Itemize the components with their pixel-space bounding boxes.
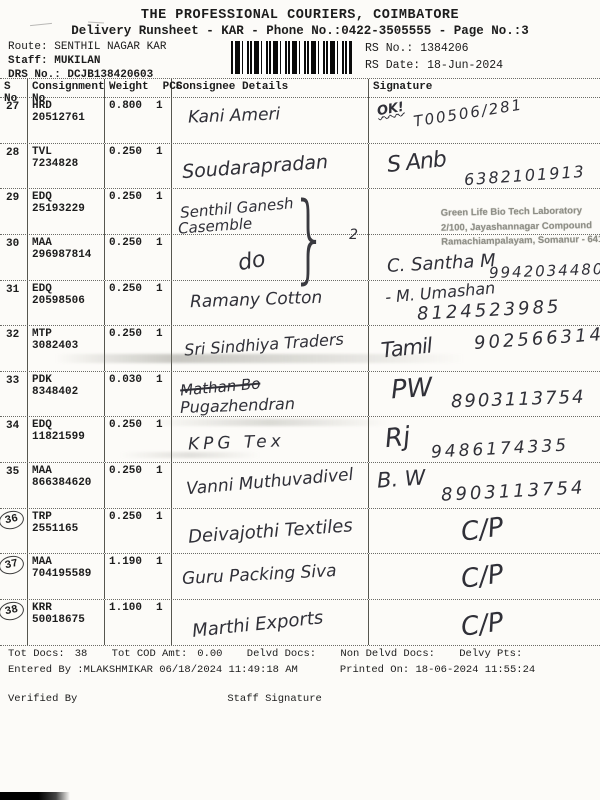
table-row: 35 MAA 866384620 0.2501 Vanni Muthuvadiv… bbox=[0, 463, 600, 509]
table-row: 36 TRP 2551165 0.2501 Deivajothi Textile… bbox=[0, 509, 600, 555]
brace-mark: } bbox=[291, 195, 328, 281]
consignment-no: HRD 20512761 bbox=[28, 98, 105, 143]
weight: 0.250 bbox=[109, 328, 142, 340]
serial-no-circled: 36 bbox=[0, 508, 26, 531]
weight: 1.100 bbox=[109, 602, 142, 614]
pcs: 1 bbox=[156, 511, 163, 523]
serial-no: 34 bbox=[4, 419, 21, 433]
signature-handwriting: C/P bbox=[459, 607, 505, 643]
rs-date-line: RS Date: 18-Jun-2024 bbox=[365, 58, 503, 75]
staff-signature-label: Staff Signature bbox=[227, 693, 322, 707]
pcs: 1 bbox=[156, 237, 163, 249]
pcs: 1 bbox=[156, 191, 163, 203]
consignment-no: TVL 7234828 bbox=[28, 144, 105, 189]
table-row: 38 KRR 50018675 1.1001 Marthi Exports C/… bbox=[0, 600, 600, 646]
consignment-no: MTP 3082403 bbox=[28, 326, 105, 371]
header-left-block: Route: SENTHIL NAGAR KAR Staff: MUKILAN … bbox=[8, 41, 166, 82]
brace-count: 2 bbox=[349, 227, 358, 243]
pcs: 1 bbox=[156, 374, 163, 386]
signature-handwriting: C/P bbox=[459, 512, 505, 548]
consignee-handwriting: Vanni Muthuvadivel bbox=[185, 465, 354, 500]
signature-phone: T00506/281 bbox=[412, 95, 524, 130]
serial-no: 35 bbox=[4, 465, 21, 479]
pcs: 1 bbox=[156, 556, 163, 568]
verified-by-label: Verified By bbox=[8, 693, 77, 707]
entered-printed-line: Entered By :MLAKSHMIKAR 06/18/2024 11:49… bbox=[8, 664, 594, 678]
serial-no: 29 bbox=[4, 191, 21, 205]
weight: 0.250 bbox=[109, 419, 142, 431]
consignment-no: EDQ 25193229 bbox=[28, 189, 105, 235]
signature-phone: 9486174335 bbox=[431, 436, 570, 463]
consignment-no: EDQ 20598506 bbox=[28, 281, 105, 326]
consignment-no: KRR 50018675 bbox=[28, 600, 105, 645]
weight: 0.250 bbox=[109, 191, 142, 203]
signature-phone: 8903113754 bbox=[441, 477, 586, 506]
serial-no: 32 bbox=[4, 328, 21, 342]
signature-handwriting: OK! bbox=[376, 100, 405, 119]
weight: 1.190 bbox=[109, 556, 142, 568]
serial-no: 31 bbox=[4, 283, 21, 297]
weight: 0.800 bbox=[109, 100, 142, 112]
consignment-no: EDQ 11821599 bbox=[28, 417, 105, 462]
weight: 0.250 bbox=[109, 146, 142, 158]
serial-no: 28 bbox=[4, 146, 21, 160]
consignee-handwriting: Marthi Exports bbox=[191, 607, 324, 642]
consignee-handwriting: Deivajothi Textiles bbox=[187, 515, 353, 547]
scan-smudge bbox=[55, 354, 465, 363]
rs-no-line: RS No.: 1384206 bbox=[365, 41, 503, 58]
verify-line: Verified By Staff Signature bbox=[8, 693, 594, 707]
tot-docs-value: 38 bbox=[75, 648, 88, 660]
signature-handwriting: C/P bbox=[459, 560, 505, 596]
serial-no: 27 bbox=[4, 100, 21, 114]
serial-no-circled: 38 bbox=[0, 600, 26, 623]
signature-handwriting: C. Santha M bbox=[387, 250, 497, 277]
scan-smudge bbox=[150, 419, 390, 426]
weight: 0.030 bbox=[109, 374, 142, 386]
page-subtitle: Delivery Runsheet - KAR - Phone No.:0422… bbox=[0, 24, 600, 38]
pcs: 1 bbox=[156, 602, 163, 614]
barcode-image bbox=[231, 41, 352, 74]
signature-phone: 8903113754 bbox=[451, 387, 586, 413]
consignee-handwriting: Guru Packing Siva bbox=[182, 561, 338, 589]
printed-on: Printed On: 18-06-2024 11:55:24 bbox=[340, 664, 535, 678]
weight: 0.250 bbox=[109, 511, 142, 523]
table-row: 29 EDQ 25193229 0.2501 Senthil Ganesh Ca… bbox=[0, 189, 600, 235]
signature-handwriting: S Anb bbox=[386, 147, 447, 178]
pcs: 1 bbox=[156, 465, 163, 477]
footer: Tot Docs:38 Tot COD Amt:0.00 Delvd Docs:… bbox=[8, 648, 594, 707]
consignee-handwriting: Soudarapradan bbox=[181, 151, 328, 183]
pcs: 1 bbox=[156, 146, 163, 158]
signature-phone: 9025663141 bbox=[473, 323, 600, 354]
consignment-no: MAA 296987814 bbox=[28, 235, 105, 280]
table-row: 27 HRD 20512761 0.8001 Kani Ameri OK! T0… bbox=[0, 98, 600, 144]
consignee-handwriting-line2: Pugazhendran bbox=[180, 394, 296, 417]
table-header-row: S No Consignment No WeightPCS Consignee … bbox=[0, 78, 600, 98]
consignment-no: MAA 866384620 bbox=[28, 463, 105, 508]
entered-by: Entered By :MLAKSHMIKAR 06/18/2024 11:49… bbox=[8, 664, 298, 678]
consignment-no: PDK 8348402 bbox=[28, 372, 105, 417]
tot-cod-value: 0.00 bbox=[197, 648, 222, 660]
pcs: 1 bbox=[156, 100, 163, 112]
signature-handwriting: Rj bbox=[384, 422, 412, 454]
consignee-handwriting: Kani Ameri bbox=[188, 104, 281, 127]
company-stamp: Green Life Bio Tech Laboratory 2/100, Ja… bbox=[441, 204, 600, 252]
staff-line: Staff: MUKILAN bbox=[8, 55, 166, 69]
consignee-handwriting: do bbox=[236, 247, 267, 276]
signature-handwriting: PW bbox=[390, 372, 433, 405]
signature-phone: 6382101913 bbox=[463, 161, 586, 188]
route-line: Route: SENTHIL NAGAR KAR bbox=[8, 41, 166, 55]
table-row: 32 MTP 3082403 0.2501 Sri Sindhiya Trade… bbox=[0, 326, 600, 372]
scan-corner-artifact bbox=[0, 792, 70, 800]
table-row: 37 MAA 704195589 1.1901 Guru Packing Siv… bbox=[0, 554, 600, 600]
weight: 0.250 bbox=[109, 283, 142, 295]
delivery-runsheet-scan: THE PROFESSIONAL COURIERS, COIMBATORE De… bbox=[0, 0, 600, 800]
totals-line: Tot Docs:38 Tot COD Amt:0.00 Delvd Docs:… bbox=[8, 648, 594, 662]
pcs: 1 bbox=[156, 328, 163, 340]
header-right-block: RS No.: 1384206 RS Date: 18-Jun-2024 bbox=[365, 41, 503, 74]
scan-smudge bbox=[120, 452, 260, 458]
table-row: 33 PDK 8348402 0.0301 Mathan Bo Pugazhen… bbox=[0, 372, 600, 418]
weight: 0.250 bbox=[109, 465, 142, 477]
weight: 0.250 bbox=[109, 237, 142, 249]
serial-no: 30 bbox=[4, 237, 21, 251]
serial-no: 33 bbox=[4, 374, 21, 388]
signature-handwriting: B. W bbox=[376, 465, 426, 492]
serial-no-circled: 37 bbox=[0, 554, 26, 577]
signature-phone: 9942034480 bbox=[489, 260, 600, 282]
consignment-no: MAA 704195589 bbox=[28, 554, 105, 599]
consignment-no: TRP 2551165 bbox=[28, 509, 105, 554]
pcs: 1 bbox=[156, 283, 163, 295]
